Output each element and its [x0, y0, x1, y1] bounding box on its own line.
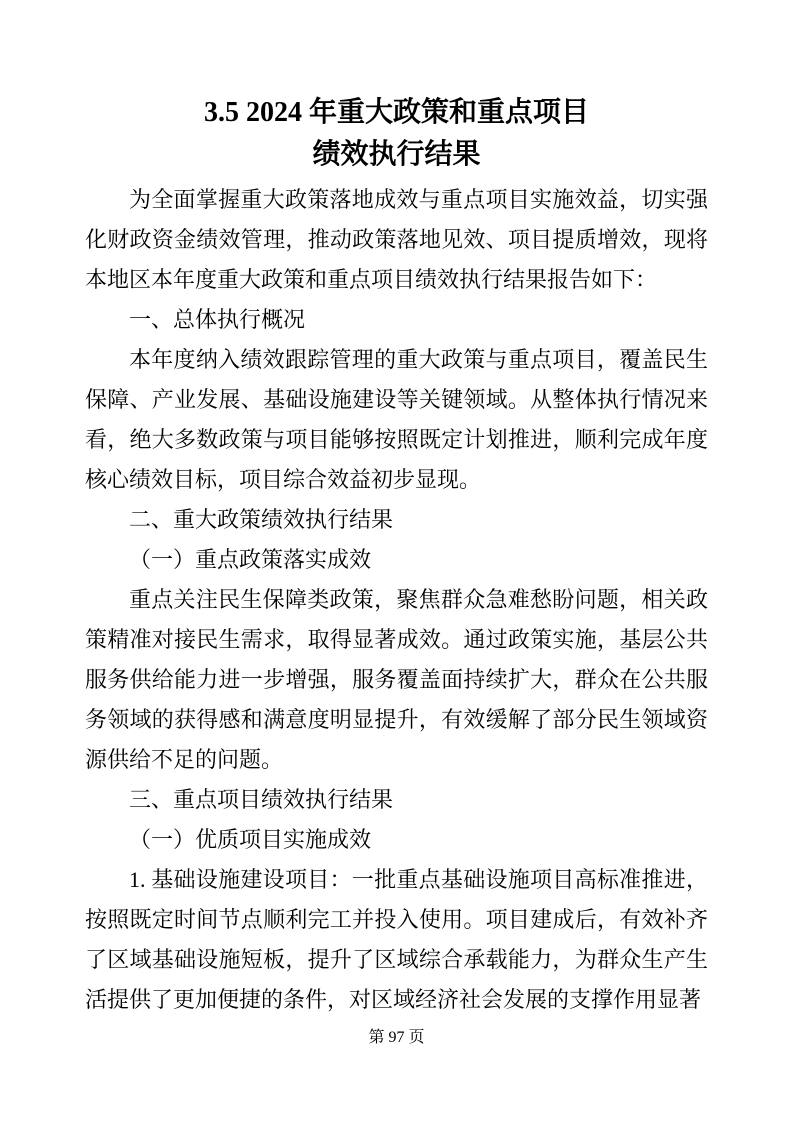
heading-section-3-project-results: 三、重点项目绩效执行结果 [85, 780, 708, 820]
page-title: 3.5 2024 年重大政策和重点项目 绩效执行结果 [0, 0, 793, 176]
heading-2-1-key-policy-outcomes: （一）重点政策落实成效 [85, 540, 708, 580]
page-number: 第 97 页 [0, 1028, 793, 1048]
paragraph-project-results: 1. 基础设施建设项目：一批重点基础设施项目高标准推进，按照既定时间节点顺利完工… [85, 860, 708, 1020]
document-body: 为全面掌握重大政策落地成效与重点项目实施效益，切实强化财政资金绩效管理，推动政策… [85, 180, 708, 1020]
paragraph-intro: 为全面掌握重大政策落地成效与重点项目实施效益，切实强化财政资金绩效管理，推动政策… [85, 180, 708, 300]
title-line-2: 绩效执行结果 [0, 134, 793, 176]
document-page: 3.5 2024 年重大政策和重点项目 绩效执行结果 为全面掌握重大政策落地成效… [0, 0, 793, 1122]
paragraph-overview: 本年度纳入绩效跟踪管理的重大政策与重点项目，覆盖民生保障、产业发展、基础设施建设… [85, 340, 708, 500]
heading-section-2-policy-results: 二、重大政策绩效执行结果 [85, 500, 708, 540]
title-line-1: 3.5 2024 年重大政策和重点项目 [0, 92, 793, 134]
heading-section-1-overview: 一、总体执行概况 [85, 300, 708, 340]
heading-3-1-quality-project-outcomes: （一）优质项目实施成效 [85, 820, 708, 860]
paragraph-policy-results: 重点关注民生保障类政策，聚焦群众急难愁盼问题，相关政策精准对接民生需求，取得显著… [85, 580, 708, 780]
